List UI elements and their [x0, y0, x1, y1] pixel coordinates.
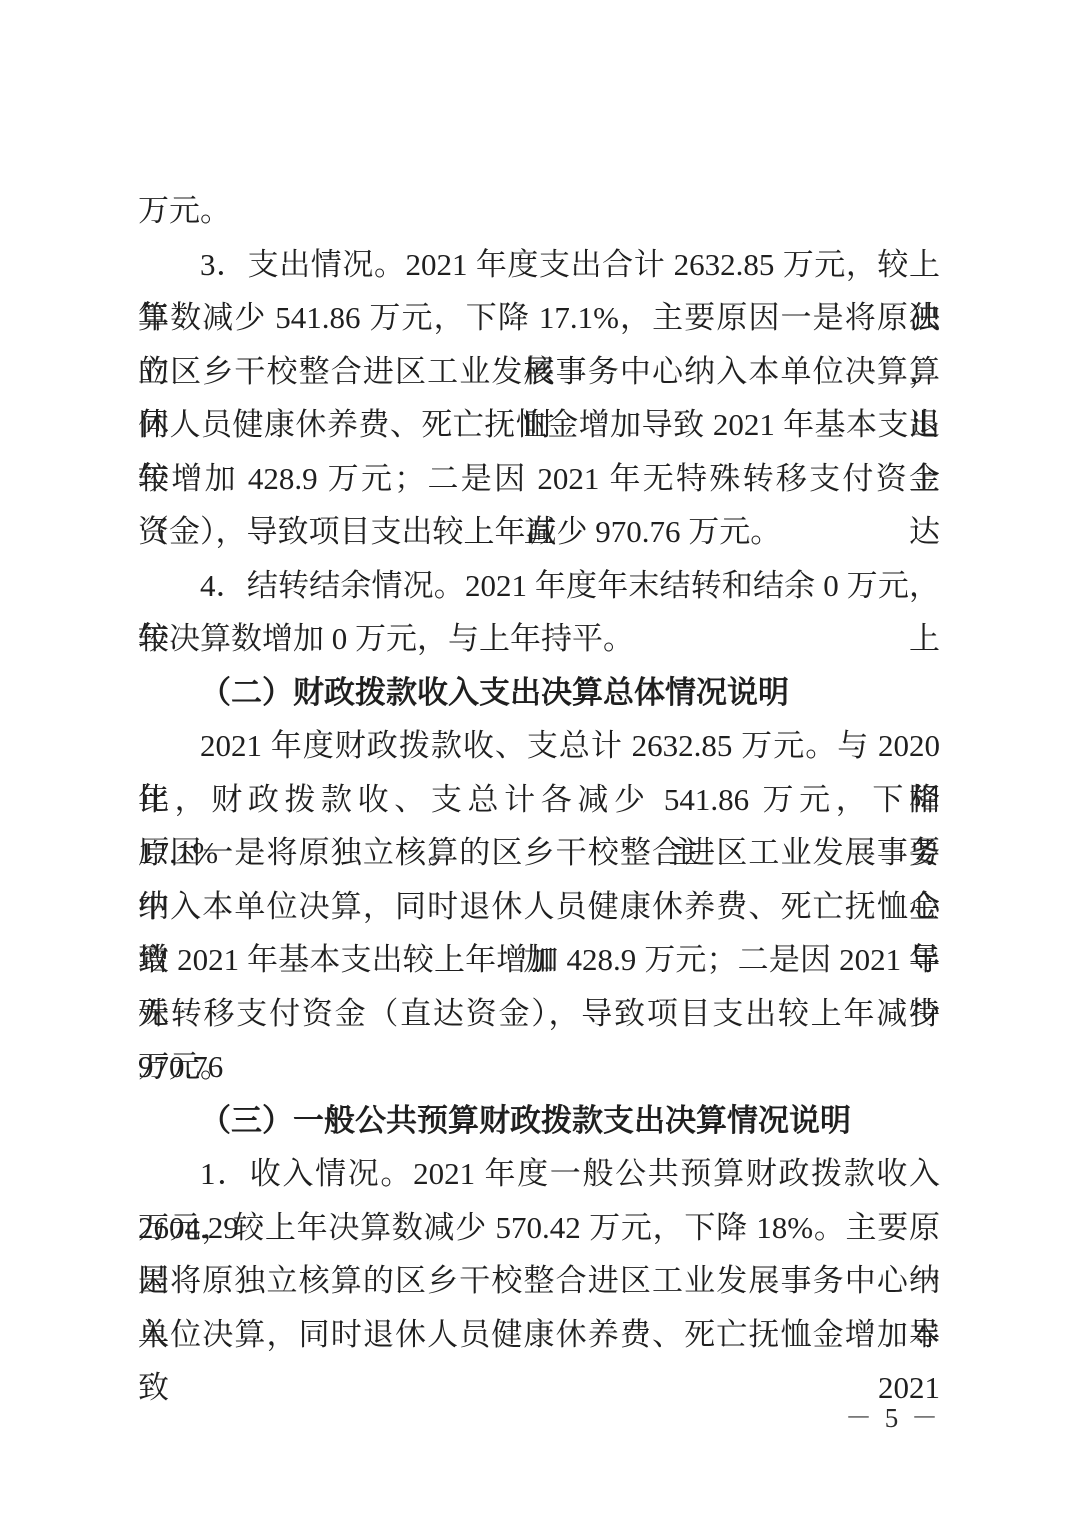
- section-heading: （二）财政拨款收入支出决算总体情况说明: [138, 666, 940, 720]
- text-line: 是将原独立核算的区乡干校整合进区工业发展事务中心纳入本: [138, 1254, 940, 1308]
- text-line: 算数减少 541.86 万元，下降 17.1%，主要原因一是将原独立核算: [138, 291, 940, 345]
- text-line: 纳入本单位决算，同时退休人员健康休养费、死亡抚恤金增加导: [138, 880, 940, 934]
- text-line: 年增加 428.9 万元；二是因 2021 年无特殊转移支付资金（直达: [138, 452, 940, 506]
- text-line: 的区乡干校整合进区工业发展事务中心纳入本单位决算，同时退: [138, 345, 940, 399]
- text-line: 单位决算，同时退休人员健康休养费、死亡抚恤金增加导致 2021: [138, 1308, 940, 1362]
- text-line: 万元，较上年决算数减少 570.42 万元，下降 18%。主要原因一: [138, 1201, 940, 1255]
- section-heading: （三）一般公共预算财政拨款支出决算情况说明: [138, 1094, 940, 1148]
- document-body: 万元。 3．支出情况。2021 年度支出合计 2632.85 万元，较上年决 算…: [138, 184, 940, 1361]
- text-line: 殊转移支付资金（直达资金），导致项目支出较上年减少 970.76: [138, 987, 940, 1041]
- text-line: 1．收入情况。2021 年度一般公共预算财政拨款收入 2604.29: [138, 1147, 940, 1201]
- text-line: 原因一是将原独立核算的区乡干校整合进区工业发展事务中心: [138, 826, 940, 880]
- text-line: 4．结转结余情况。2021 年度年末结转和结余 0 万元，较上: [138, 559, 940, 613]
- text-line: 休人员健康休养费、死亡抚恤金增加导致 2021 年基本支出较上: [138, 398, 940, 452]
- text-line: 3．支出情况。2021 年度支出合计 2632.85 万元，较上年决: [138, 238, 940, 292]
- text-line: 万元。: [138, 1040, 940, 1094]
- text-line: 万元。: [138, 184, 940, 238]
- text-line: 比，财政拨款收、支总计各减少 541.86 万元，下降 17.1%。主要: [138, 773, 940, 827]
- page-number: － 5 －: [845, 1396, 941, 1435]
- text-line: 2021 年度财政拨款收、支总计 2632.85 万元。与 2020 年相: [138, 719, 940, 773]
- text-line: 致 2021 年基本支出较上年增加 428.9 万元；二是因 2021 年无特: [138, 933, 940, 987]
- document-page: 万元。 3．支出情况。2021 年度支出合计 2632.85 万元，较上年决 算…: [0, 0, 1074, 1520]
